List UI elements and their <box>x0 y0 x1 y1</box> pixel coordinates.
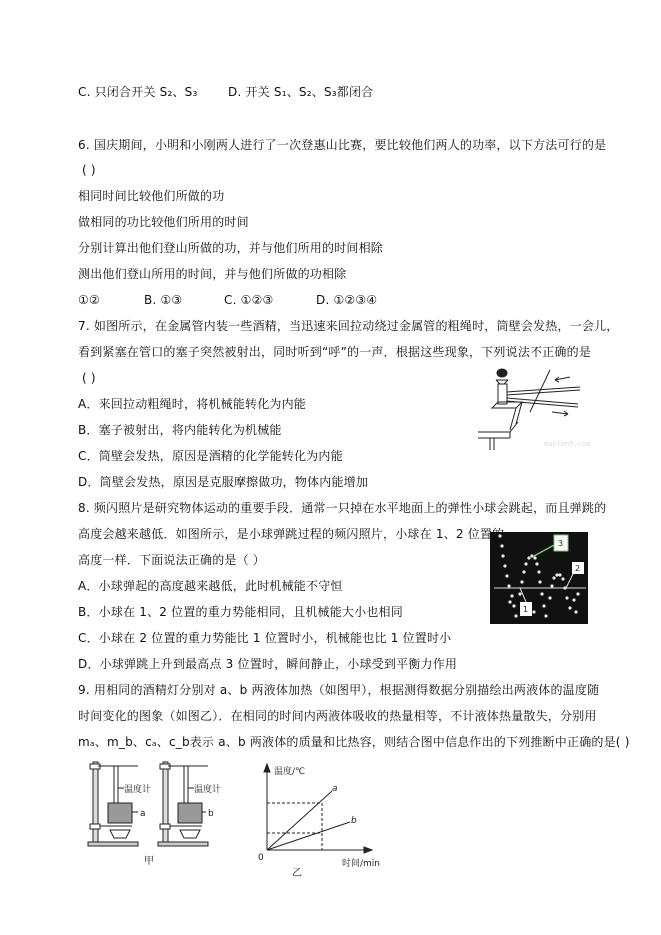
q8-stem-line2: 高度会越来越低．如图所示，是小球弹跳过程的频闪照片，小球在 1、2 位置的 <box>78 526 504 542</box>
svg-text:温度计: 温度计 <box>194 783 221 795</box>
q5-option-d: D. 开关 S₁、S₂、S₃都闭合 <box>228 84 373 100</box>
q9-figure-yi-graph: 温度/℃ a b 0 时间/min 乙 <box>252 758 392 880</box>
svg-text:manfen5.com: manfen5.com <box>544 440 590 448</box>
q7-option-c: C．筒壁会发热，原因是酒精的化学能转化为内能 <box>78 448 343 464</box>
q6-option-d: D. ①②③④ <box>316 292 377 308</box>
q7-stem-line1: 7. 如图所示，在金属管内装一些酒精，当迅速来回拉动绕过金属管的粗绳时，筒壁会发… <box>78 318 618 334</box>
q6-blank: ( ) <box>82 162 96 178</box>
svg-text:时间/min: 时间/min <box>342 857 380 869</box>
svg-text:a: a <box>140 809 146 819</box>
svg-text:温度计: 温度计 <box>124 783 151 795</box>
heating-apparatus-icon: 温度计 温度计 a b 甲 <box>78 758 243 868</box>
q7-blank: ( ) <box>82 370 96 386</box>
temperature-time-graph-icon: 温度/℃ a b 0 时间/min 乙 <box>252 758 392 880</box>
svg-text:a: a <box>332 784 338 794</box>
metal-tube-illustration-icon: manfen5.com <box>470 360 590 452</box>
q6-option-c: C. ①②③ <box>224 292 273 308</box>
svg-text:b: b <box>351 816 357 826</box>
q6-statement-3: 分别计算出他们登山所做的功，并与他们所用的时间相除 <box>78 240 383 256</box>
q7-stem-line2: 看到紧塞在管口的塞子突然被射出，同时听到“呼”的一声．根据这些现象，下列说法不正… <box>78 344 591 360</box>
q9-stem-line1: 9. 用相同的酒精灯分别对 a、b 两液体加热（如图甲），根据测得数据分别描绘出… <box>78 682 599 698</box>
q9-stem-line3: mₐ、m_b、cₐ、c_b表示 a、b 两液体的质量和比热容，则结合图中信息作出… <box>78 734 630 750</box>
q6-option-a: ①② <box>78 292 100 308</box>
q8-option-b: B．小球在 1、2 位置的重力势能相同，且机械能大小也相同 <box>78 604 403 620</box>
q7-option-a: A．来回拉动粗绳时，将机械能转化为内能 <box>78 396 306 412</box>
svg-text:乙: 乙 <box>292 867 302 879</box>
svg-text:2: 2 <box>575 564 580 573</box>
svg-text:b: b <box>208 809 214 819</box>
svg-text:0: 0 <box>258 853 264 863</box>
q6-statement-4: 测出他们登山所用的时间，并与他们所做的功相除 <box>78 266 346 282</box>
q9-stem-line2: 时间变化的图象（如图乙）．在相同的时间内两液体吸收的热量相等，不计液体热量散失，… <box>78 708 597 724</box>
bouncing-ball-photo-icon: 3 2 1 <box>490 532 588 624</box>
q6-option-b: B. ①③ <box>144 292 182 308</box>
q8-option-a: A．小球弹起的高度越来越低，此时机械能不守恒 <box>78 578 343 594</box>
q7-option-d: D．筒壁会发热，原因是克服摩擦做功，物体内能增加 <box>78 474 368 490</box>
svg-text:3: 3 <box>558 539 563 548</box>
q5-option-c: C. 只闭合开关 S₂、S₃ <box>78 84 197 100</box>
q9-figure-jia: 温度计 温度计 a b 甲 <box>78 758 243 868</box>
q8-stem-line3: 高度一样．下面说法正确的是（ ） <box>78 552 265 568</box>
q8-option-c: C．小球在 2 位置的重力势能比 1 位置时小，机械能也比 1 位置时小 <box>78 630 451 646</box>
svg-text:温度/℃: 温度/℃ <box>274 765 305 777</box>
q6-stem: 6. 国庆期间，小明和小刚两人进行了一次登惠山比赛，要比较他们两人的功率，以下方… <box>78 137 606 153</box>
q8-option-d: D．小球弹跳上升到最高点 3 位置时，瞬间静止，小球受到平衡力作用 <box>78 656 457 672</box>
svg-text:1: 1 <box>523 605 528 614</box>
q8-stem-line1: 8. 频闪照片是研究物体运动的重要手段．通常一只掉在水平地面上的弹性小球会跳起，… <box>78 500 606 516</box>
q7-option-b: B．塞子被射出，将内能转化为机械能 <box>78 422 282 438</box>
q8-figure-strobe-photo: 3 2 1 <box>490 532 588 624</box>
q6-statement-2: 做相同的功比较他们所用的时间 <box>78 214 249 230</box>
q7-figure-metal-tube: manfen5.com <box>470 360 590 452</box>
q6-statement-1: 相同时间比较他们所做的功 <box>78 188 224 204</box>
svg-text:甲: 甲 <box>144 855 154 867</box>
